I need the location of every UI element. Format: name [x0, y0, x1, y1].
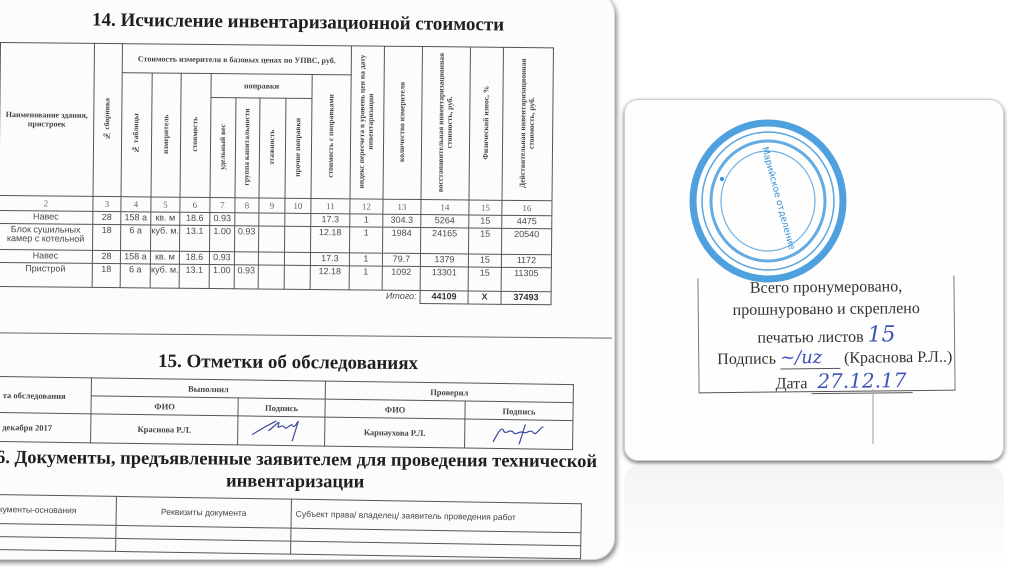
section-14-title: 14. Исчисление инвентаризационной стоимо… — [92, 9, 504, 36]
header-rights-subject: Субъект права/ владелец/ заявитель прове… — [291, 499, 581, 533]
section-15-title: 15. Отметки об обследованиях — [158, 351, 418, 375]
header-corrections-group: поправки — [211, 74, 312, 99]
section-16-title: 6. Документы, предъявленные заявителем д… — [0, 448, 597, 473]
header-name: Наименование здания, пристроек — [0, 43, 94, 197]
certification-box: Всего пронумеровано, прошнуровано и скре… — [697, 276, 955, 394]
inspection-date: декабря 2017 — [0, 413, 91, 443]
handwritten-sheet-count: 15 — [867, 322, 895, 347]
header-physical-wear: Физический износ, % — [469, 47, 503, 200]
header-cost-with-corrections: стоимость с поправками — [311, 74, 351, 198]
checked-fio: Карнаухова Р.Л. — [325, 417, 465, 448]
header-performed-signature: Подпись — [238, 398, 325, 417]
header-capital-group: группа капитальности — [235, 98, 260, 198]
separator-line — [0, 332, 612, 338]
performed-fio: Краснова Р.Л. — [91, 414, 238, 445]
binding-string — [872, 389, 874, 444]
header-actual-cost: Действительная инвентаризационная стоимо… — [502, 47, 553, 200]
checked-signature — [465, 419, 573, 450]
header-document-details: Реквизиты документа — [116, 496, 291, 528]
header-floors: этажность — [259, 98, 286, 198]
header-base-documents: кументы-основания — [0, 495, 116, 526]
header-restoration-cost: восстановительная инвентаризационная сто… — [421, 47, 470, 200]
header-checked-fio: ФИО — [325, 399, 465, 419]
header-performed-fio: ФИО — [91, 396, 238, 416]
header-recalc-index: индекс пересчета в уровень цен на дату и… — [350, 46, 384, 199]
header-specific-weight: удельный вес — [210, 98, 236, 198]
documents-table: кументы-основания Реквизиты документа Су… — [0, 494, 582, 559]
header-unit: измеритель — [151, 73, 181, 197]
certification-card: Марийское отделение Всего пронумеровано,… — [624, 99, 1004, 461]
header-checked-signature: Подпись — [465, 401, 573, 421]
header-cost: стоимость — [180, 73, 211, 197]
cert-line-2: прошнуровано и скреплено — [699, 300, 954, 321]
handwritten-date: 27.12.17 — [811, 368, 912, 394]
header-collection-no: № сборника — [93, 43, 122, 196]
header-table-no: № таблицы — [121, 73, 152, 197]
inventory-cost-table: Наименование здания, пристроек № сборник… — [0, 42, 554, 305]
header-other-corrections: прочие поправки — [285, 98, 312, 198]
scanned-page-left: 14. Исчисление инвентаризационной стоимо… — [0, 0, 615, 560]
section-16-title-line2: инвентаризации — [226, 472, 365, 494]
card-reflection — [624, 466, 1004, 572]
performed-signature — [238, 416, 325, 446]
handwritten-signature-icon — [246, 417, 316, 444]
header-base-price-group: Стоимость измерителя в базовых ценах по … — [122, 44, 351, 75]
handwritten-signature-icon — [479, 420, 559, 447]
cert-line-1: Всего пронумеровано, — [698, 278, 953, 299]
inspections-table: та обследования Выполнил Проверил ФИО По… — [0, 376, 574, 450]
cert-date-line: Дата 27.12.17 — [775, 367, 1004, 395]
svg-text:Марийское отделение: Марийское отделение — [759, 146, 796, 251]
cert-signature-line: Подпись ~/uz (Краснова Р.Л..) — [717, 345, 972, 370]
header-inspection-date: та обследования — [0, 377, 91, 414]
header-unit-quantity: количество измерителя — [383, 46, 422, 199]
official-stamp-icon: Марийское отделение — [684, 113, 854, 283]
